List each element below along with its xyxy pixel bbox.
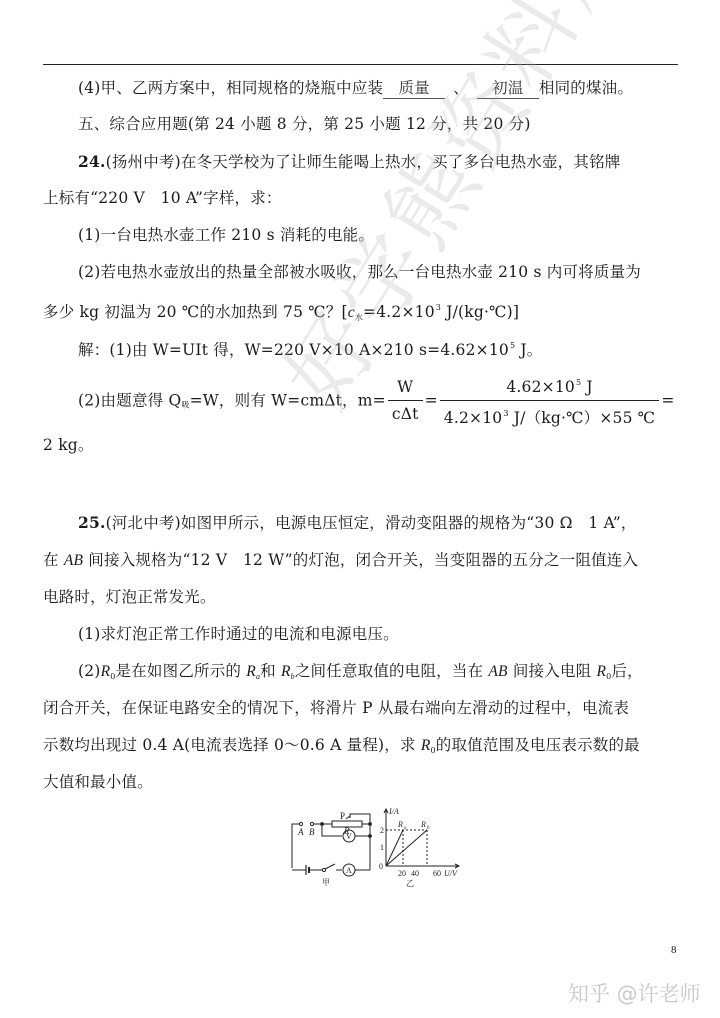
symbol-r: R bbox=[246, 663, 256, 680]
line-rb bbox=[386, 830, 427, 866]
header-rule bbox=[43, 64, 678, 65]
q24-part2-line1: (2)若电热水壶放出的热量全部被水吸收，那么一台电热水壶 210 s 内可将质量… bbox=[78, 262, 641, 282]
symbol-ab: AB bbox=[488, 663, 507, 680]
symbol-r: R bbox=[281, 663, 291, 680]
q25-part2-line2: 闭合开关，在保证电路安全的情况下，将滑片 P 从最右端向左滑动的过程中，电流表 bbox=[43, 698, 629, 718]
text: 的取值范围及电压表示数的最 bbox=[436, 736, 640, 754]
circuit-caption: 甲 bbox=[322, 878, 330, 887]
question-number: 25. bbox=[78, 513, 106, 532]
text: 间接入电阻 bbox=[508, 662, 597, 680]
denominator: 4.2×103 J/（kg·℃）×55 ℃ bbox=[440, 401, 660, 429]
solution-line2: (2)由题意得 Q吸=W，则有 W=cmΔt，m=WcΔt=4.62×105 J… bbox=[78, 372, 675, 429]
q25-text: (河北中考)如图甲所示，电源电压恒定，滑动变阻器的规格为“30 Ω 1 A”， bbox=[106, 514, 637, 532]
text: J bbox=[581, 378, 593, 396]
q24-line1: 24.(扬州中考)在冬天学校为了让师生能喝上热水，买了多台电热水壶，其铭牌 bbox=[78, 152, 620, 172]
text: 示数均出现过 0.4 A(电流表选择 0～0.6 A 量程)，求 bbox=[43, 736, 421, 754]
text: 之间任意取值的电阻，当在 bbox=[295, 662, 489, 680]
x-tick-20: 20 bbox=[398, 869, 406, 878]
terminal-b-label: B bbox=[309, 827, 315, 837]
graph-caption: 乙 bbox=[406, 879, 414, 888]
symbol-ab: AB bbox=[64, 552, 83, 569]
question-number: 24. bbox=[78, 152, 106, 171]
answer-blank-2: 初温 bbox=[477, 78, 539, 99]
y-tick-1: 1 bbox=[380, 843, 384, 852]
q24-part1: (1)一台电热水壶工作 210 s 消耗的电能。 bbox=[78, 225, 374, 245]
terminal-a-label: A bbox=[297, 827, 304, 837]
text: J。 bbox=[515, 341, 542, 359]
text: 后， bbox=[611, 662, 642, 680]
q25-part2-line4: 大值和最小值。 bbox=[43, 772, 153, 792]
text: (2) bbox=[78, 662, 101, 680]
y-tick-2: 2 bbox=[380, 826, 384, 835]
q25-line1: 25.(河北中考)如图甲所示，电源电压恒定，滑动变阻器的规格为“30 Ω 1 A… bbox=[78, 513, 637, 533]
text: 和 bbox=[260, 662, 281, 680]
text: 解：(1)由 W=UIt 得，W=220 V×10 A×210 s=4.62×1… bbox=[78, 341, 509, 359]
circuit-diagram bbox=[292, 814, 371, 876]
text: 4.62×10 bbox=[506, 378, 575, 396]
rb-label: R bbox=[420, 820, 426, 829]
x-tick-60: 60 bbox=[433, 869, 441, 878]
text: 间接入规格为“12 V 12 W”的灯泡，闭合开关，当变阻器的五分之一阻值连入 bbox=[83, 551, 638, 569]
ammeter-icon: A bbox=[346, 866, 352, 875]
equals: = bbox=[425, 392, 438, 410]
ra-label: R bbox=[397, 820, 403, 829]
q23-part4-prefix: (4)甲、乙两方案中，相同规格的烧瓶中应装 bbox=[78, 79, 383, 97]
voltmeter-icon: V bbox=[346, 832, 352, 841]
symbol-r: R bbox=[596, 663, 606, 680]
rb-subscript: b bbox=[427, 826, 430, 831]
x-axis-label: U/V bbox=[444, 869, 458, 878]
solution-line1: 解：(1)由 W=UIt 得，W=220 V×10 A×210 s=4.62×1… bbox=[78, 336, 543, 360]
circuit-and-graph-figure: A B P R V A 甲 bbox=[280, 806, 470, 888]
q23-part4: (4)甲、乙两方案中，相同规格的烧瓶中应装质量、初温相同的煤油。 bbox=[78, 78, 633, 99]
subscript: 水 bbox=[355, 313, 363, 322]
iu-graph: I/A 2 1 0 20 40 60 U/V R a R b 乙 bbox=[379, 807, 459, 888]
q25-part1: (1)求灯泡正常工作时通过的电流和电源电压。 bbox=[78, 624, 399, 644]
q24-text: (扬州中考)在冬天学校为了让师生能喝上热水，买了多台电热水壶，其铭牌 bbox=[106, 153, 621, 171]
text: 4.2×10 bbox=[444, 409, 503, 427]
source-watermark: 知乎 @许老师 bbox=[568, 978, 701, 1008]
figure: A B P R V A 甲 bbox=[280, 806, 470, 892]
page-number: 8 bbox=[671, 944, 677, 956]
solution-result: 2 kg。 bbox=[43, 435, 94, 455]
numerator: W bbox=[388, 376, 423, 401]
q25-part2-line3: 示数均出现过 0.4 A(电流表选择 0～0.6 A 量程)，求 R0的取值范围… bbox=[43, 735, 640, 761]
text: (2)由题意得 Q bbox=[78, 392, 181, 410]
text: =W，则有 W=cmΔt，m= bbox=[190, 392, 386, 410]
fraction-numeric: 4.62×105 J4.2×103 J/（kg·℃）×55 ℃ bbox=[440, 372, 660, 429]
symbol-r: R bbox=[101, 663, 111, 680]
text: J/（kg·℃）×55 ℃ bbox=[509, 409, 656, 427]
y-axis-label: I/A bbox=[388, 807, 399, 816]
separator: 、 bbox=[453, 79, 469, 97]
q25-part2-line1: (2)R0是在如图乙所示的 Ra和 Rb之间任意取值的电阻，当在 AB 间接入电… bbox=[78, 661, 643, 687]
numerator: 4.62×105 J bbox=[440, 372, 660, 401]
section-heading: 五、综合应用题(第 24 小题 8 分，第 25 小题 12 分，共 20 分) bbox=[78, 114, 531, 134]
q24-line2: 上标有“220 V 10 A”字样，求： bbox=[43, 188, 282, 208]
text: 多少 kg 初温为 20 ℃的水加热到 75 ℃？[ bbox=[43, 303, 348, 321]
q23-part4-suffix: 相同的煤油。 bbox=[539, 79, 633, 97]
subscript: 吸 bbox=[181, 401, 189, 410]
fraction-w-over-c-dt: WcΔt bbox=[388, 376, 423, 425]
text: 在 bbox=[43, 551, 64, 569]
text: J/(kg·℃)] bbox=[441, 303, 519, 321]
text: 是在如图乙所示的 bbox=[116, 662, 247, 680]
denominator: cΔt bbox=[388, 401, 423, 425]
line-ra bbox=[386, 830, 403, 866]
q24-part2-line2: 多少 kg 初温为 20 ℃的水加热到 75 ℃？[c水=4.2×103 J/(… bbox=[43, 298, 519, 328]
equals: = bbox=[661, 392, 674, 410]
text: =4.2×10 bbox=[363, 303, 435, 321]
x-tick-40: 40 bbox=[411, 869, 419, 878]
symbol-c: c bbox=[348, 304, 355, 321]
slider-p-label: P bbox=[340, 811, 345, 821]
q25-line3: 电路时，灯泡正常发光。 bbox=[43, 587, 216, 607]
y-tick-0: 0 bbox=[379, 862, 383, 871]
q25-line2: 在 AB 间接入规格为“12 V 12 W”的灯泡，闭合开关，当变阻器的五分之一… bbox=[43, 550, 638, 571]
answer-blank-1: 质量 bbox=[383, 78, 445, 99]
